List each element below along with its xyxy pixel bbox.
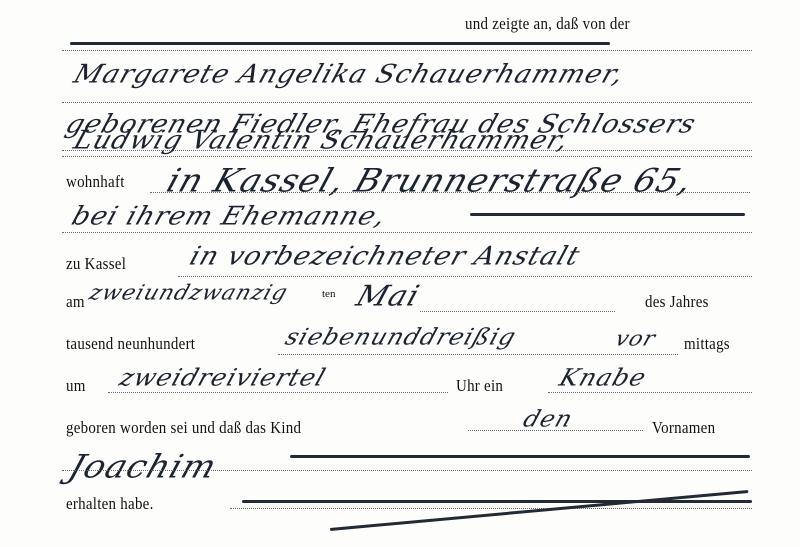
printed-label-erhalten-habe: erhalten habe. xyxy=(66,494,154,514)
handwritten-time: zweidreiviertel xyxy=(116,363,330,391)
dotted-baseline xyxy=(278,354,678,355)
handwritten-mother-name: Margarete Angelika Schauerhammer, xyxy=(70,60,628,89)
printed-text-uhr-ein: Uhr ein xyxy=(456,376,503,396)
handwritten-sex: Knabe xyxy=(556,363,650,391)
strike-line xyxy=(242,500,752,503)
handwritten-place-of-birth: in vorbezeichneter Anstalt xyxy=(186,242,584,271)
dotted-baseline xyxy=(62,102,752,103)
printed-text-mittags: mittags xyxy=(684,334,730,354)
dotted-baseline xyxy=(178,276,752,277)
dotted-baseline xyxy=(62,156,752,157)
handwritten-article: den xyxy=(520,405,577,432)
handwritten-month: Mai xyxy=(352,280,424,313)
superscript-ten: ten xyxy=(322,288,335,300)
printed-text-und-zeigte-an: und zeigte an, daß von der xyxy=(465,14,630,34)
dotted-baseline xyxy=(62,470,752,471)
dotted-baseline xyxy=(62,50,752,51)
birth-register-page: und zeigte an, daß von der Margarete Ang… xyxy=(0,0,800,547)
strike-line xyxy=(470,213,745,216)
handwritten-residence: in Kassel, Brunnerstraße 65, xyxy=(162,162,698,200)
strike-line xyxy=(70,42,610,45)
printed-label-um: um xyxy=(66,376,86,396)
handwritten-father-name: Ludwig Valentin Schauerhammer, xyxy=(70,126,573,155)
dotted-baseline xyxy=(62,232,752,233)
dotted-baseline xyxy=(150,192,750,193)
printed-label-zu-kassel: zu Kassel xyxy=(66,254,126,274)
strike-line xyxy=(290,455,750,458)
printed-label-wohnhaft: wohnhaft xyxy=(66,172,125,192)
printed-label-tausend-neunhundert: tausend neunhundert xyxy=(66,334,195,354)
dotted-baseline xyxy=(548,392,752,393)
printed-text-des-jahres: des Jahres xyxy=(645,292,709,312)
handwritten-day: zweiundzwanzig xyxy=(86,281,291,305)
printed-label-geboren-worden: geboren worden sei und daß das Kind xyxy=(66,418,301,438)
printed-text-vornamen: Vornamen xyxy=(652,418,715,438)
printed-label-am: am xyxy=(66,292,85,312)
handwritten-with-husband: bei ihrem Ehemanne, xyxy=(68,202,390,231)
dotted-baseline xyxy=(420,311,615,312)
dotted-baseline xyxy=(108,392,448,393)
handwritten-first-name: Joachim xyxy=(64,448,222,486)
handwritten-year: siebenunddreißig xyxy=(282,323,520,350)
handwritten-am-pm: vor xyxy=(612,327,659,351)
diagonal-closing-stroke xyxy=(330,490,749,531)
dotted-baseline xyxy=(230,508,752,509)
